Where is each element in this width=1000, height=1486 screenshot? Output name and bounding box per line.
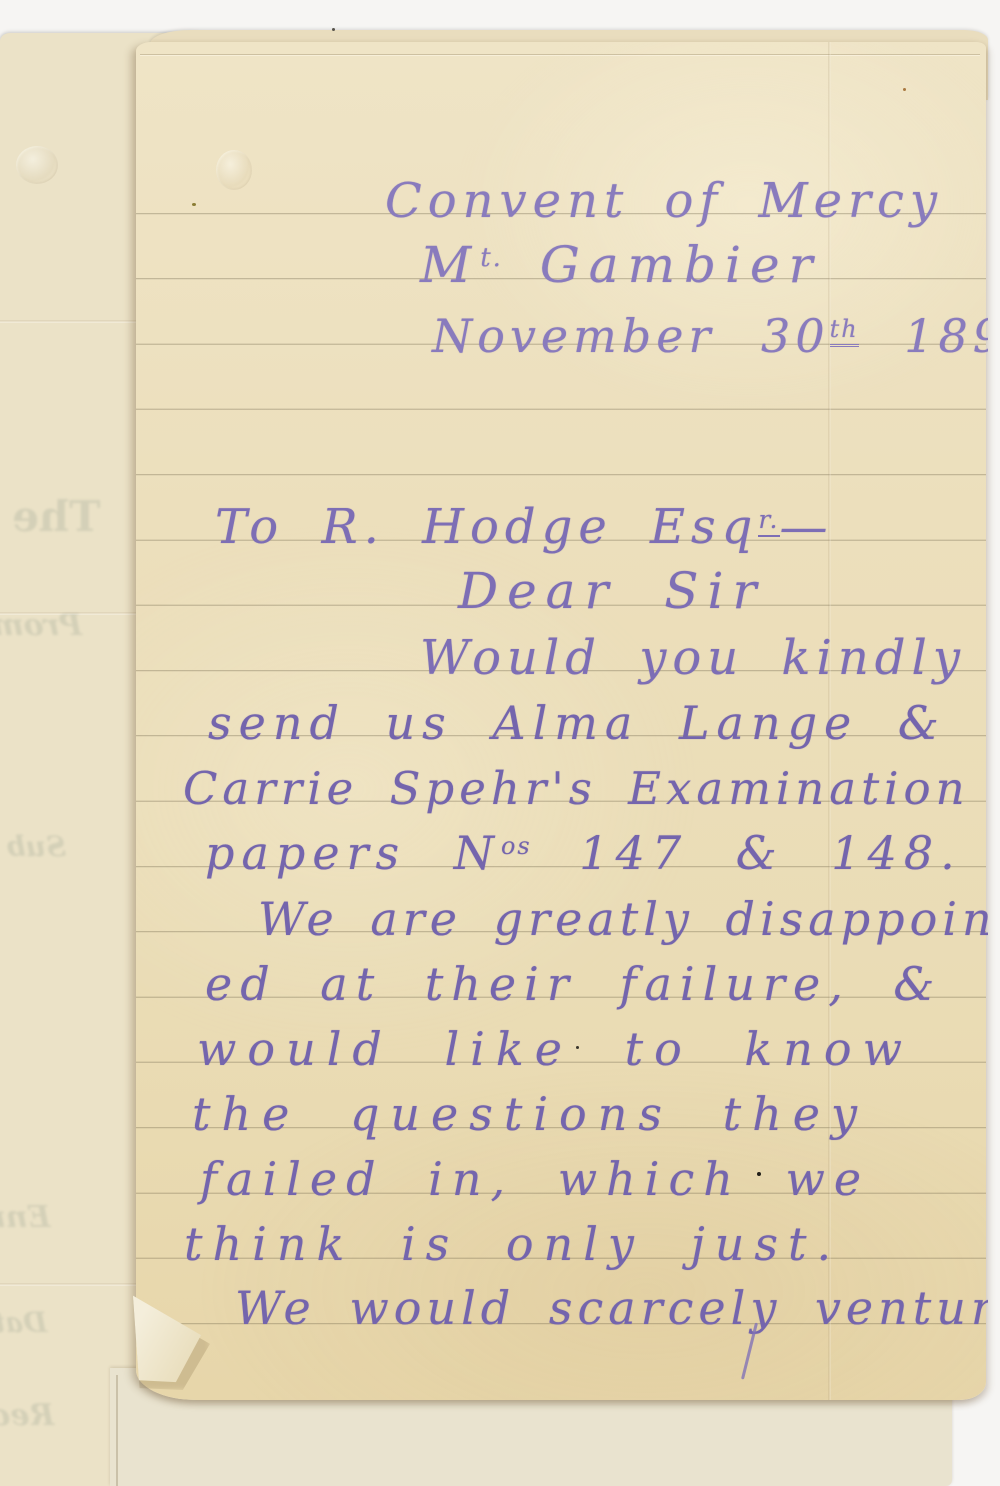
letter-line-place-2: Mt. Gambier [420,240,821,290]
letter-line-body-11: We would scarcely venture [235,1285,988,1331]
letter-line-body-8: the questions they [192,1091,868,1137]
handwriting-layer: Convent of Mercy Mt. Gambier November 30… [0,0,988,1402]
letter-line-salutation: Dear Sir [458,566,765,616]
letter-line-body-5: We are greatly disappoint- [258,896,988,942]
letter-line-date: November 30th 1898. [432,313,988,359]
letter-line-body-9: failed in, which we [200,1156,870,1202]
letter-line-body-7: would like to know [197,1026,913,1072]
letter-line-body-4: papers Nos 147 & 148. [205,830,962,876]
bleed-through-text: Rec [0,1398,54,1433]
letter-line-body-10: think is only just. [184,1221,841,1267]
letter-line-body-6: ed at their failure, & [205,961,942,1007]
letter-line-place-1: Convent of Mercy [385,177,943,225]
letter-line-body-3: Carrie Spehr's Examination [183,766,970,811]
letter-line-recipient: To R. Hodge Esqr.— [215,503,828,551]
scanned-letter-page: The Prom Sub Enr Dat Rec Convent of Merc… [0,0,1000,1486]
letter-line-body-2: send us Alma Lange & [208,700,946,746]
letter-line-body-1: Would you kindly [420,634,966,682]
